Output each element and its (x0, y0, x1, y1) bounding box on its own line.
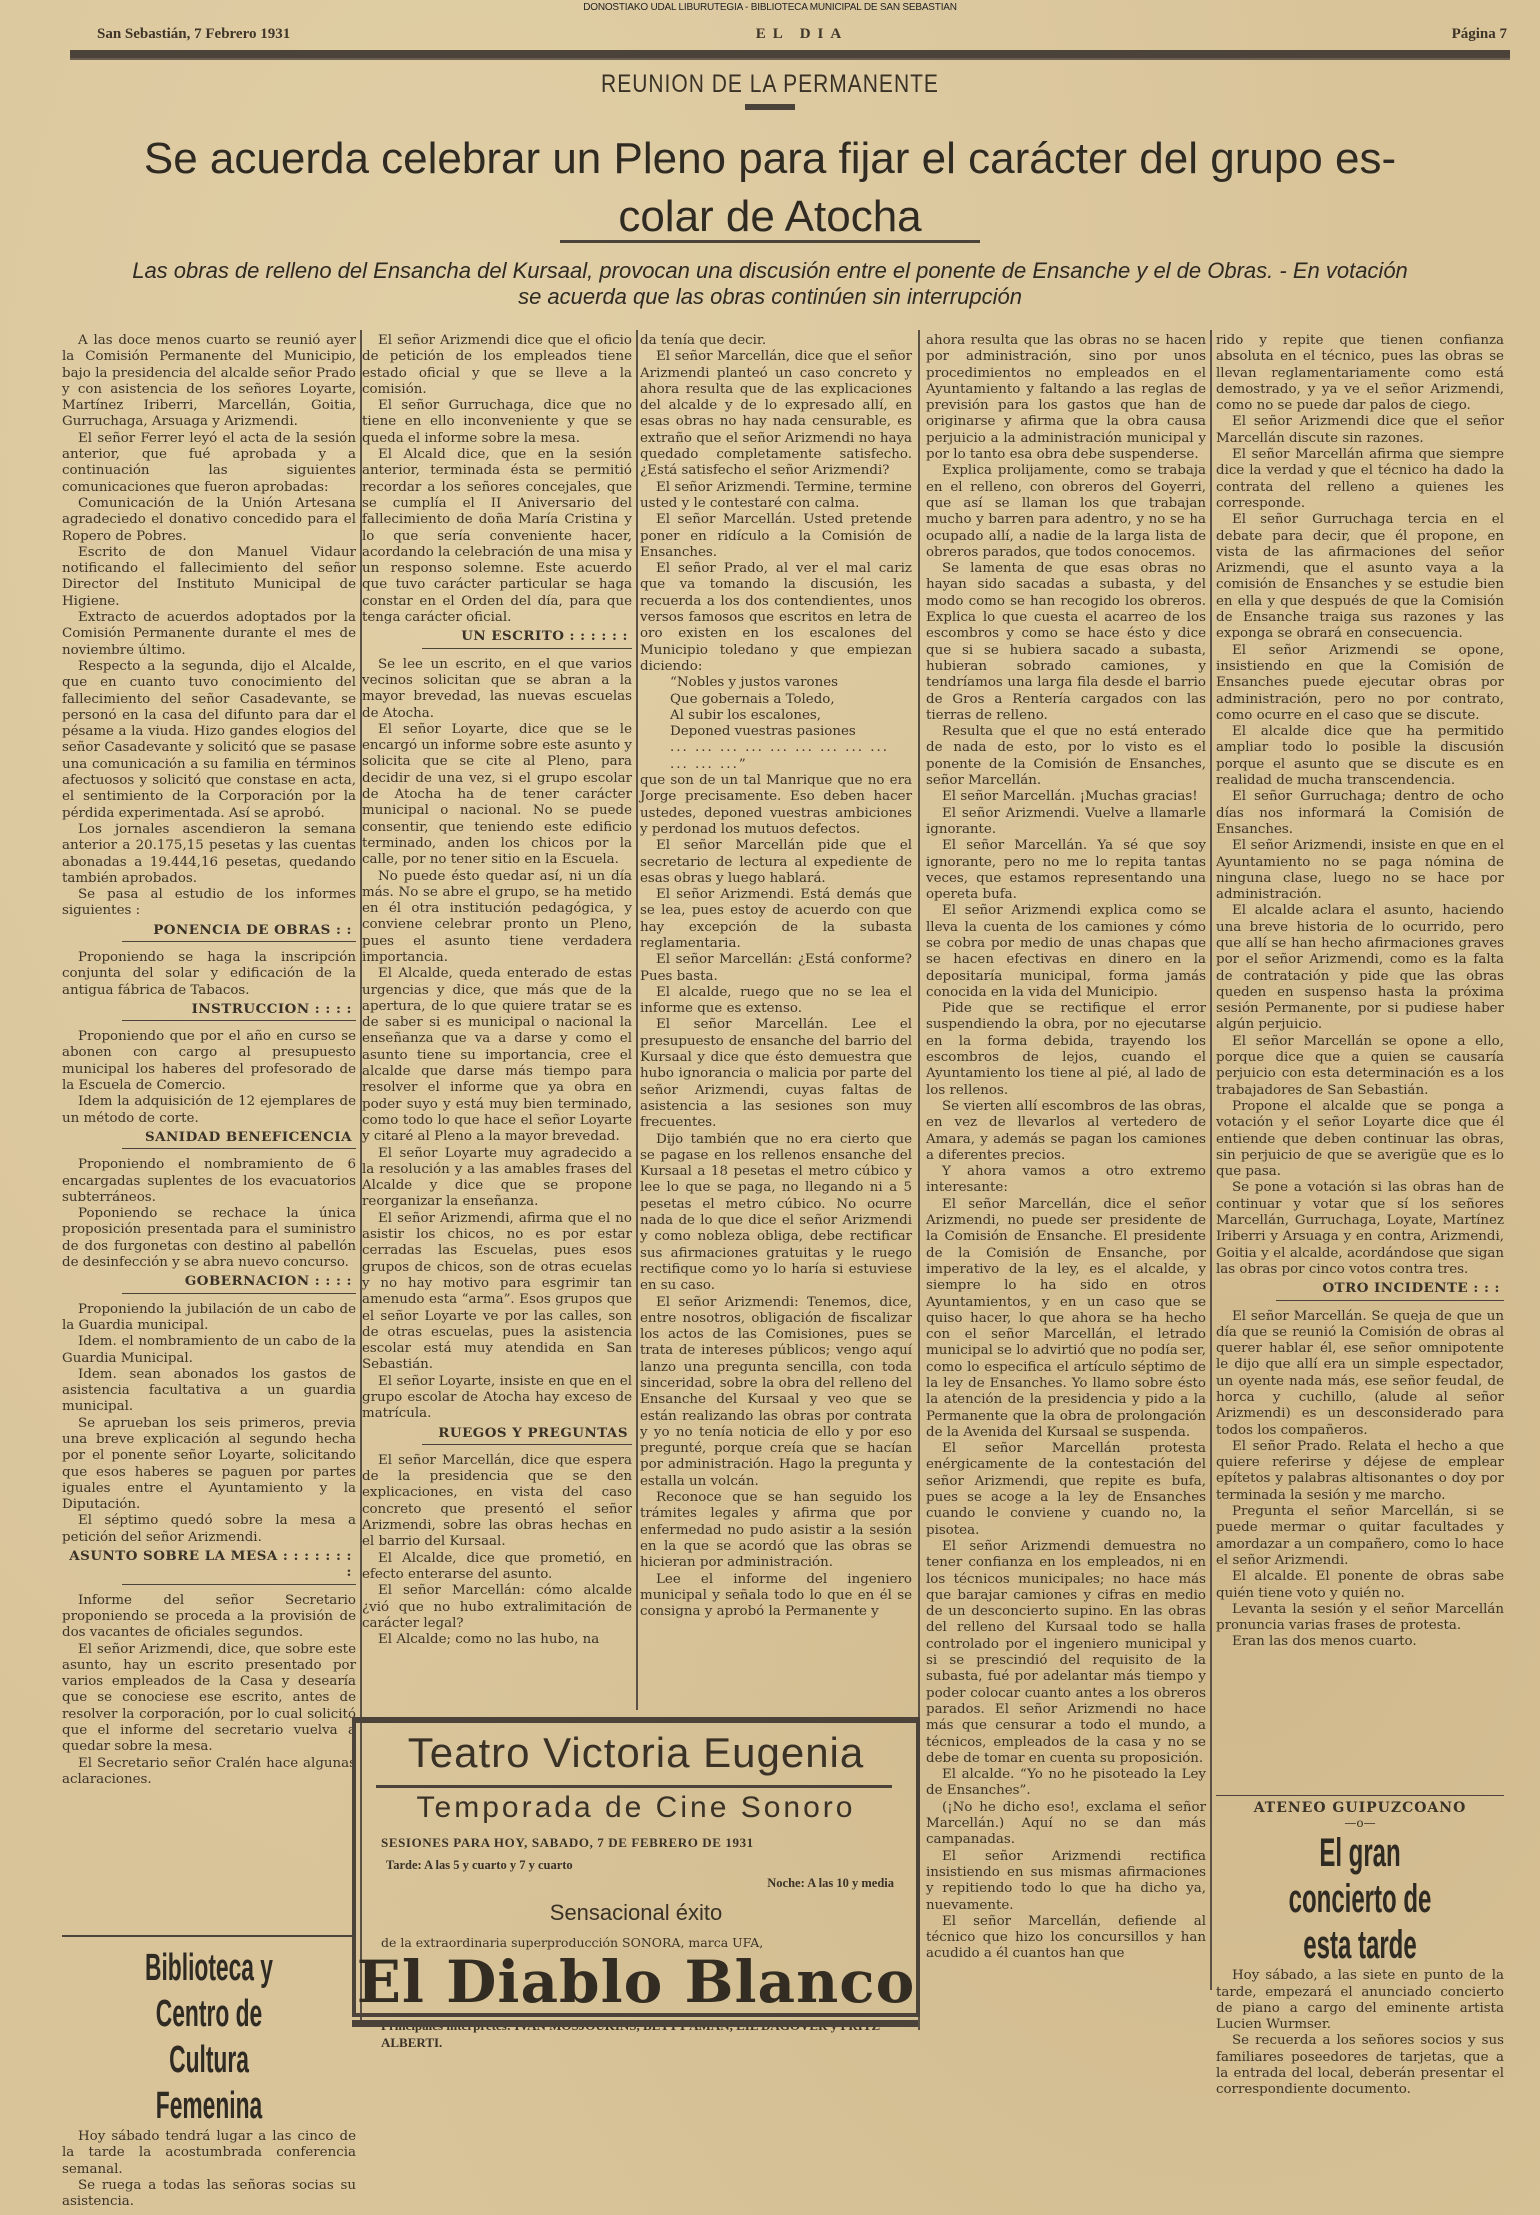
paragraph: da tenía que decir. (640, 333, 912, 349)
paragraph: El Alcalde; como no las hubo, na (362, 1632, 632, 1648)
paragraph: Eran las dos menos cuarto. (1216, 1634, 1504, 1650)
paragraph: Proponiendo el nombramiento de 6 encarga… (62, 1157, 356, 1206)
column-rule (636, 330, 638, 1710)
section-heading: OTRO INCIDENTE : : : (1216, 1280, 1504, 1296)
paragraph: El señor Arizmendi rectifica insistiendo… (926, 1849, 1206, 1914)
section-rule (122, 1148, 356, 1149)
paragraph: El señor Arizmendi dice que el señor Mar… (1216, 414, 1504, 447)
paragraph: El señor Marcellán protesta enérgicament… (926, 1441, 1206, 1539)
article-subhead: Las obras de relleno del Ensancha del Ku… (40, 258, 1500, 310)
paragraph: Pide que se rectifique el error suspendi… (926, 1001, 1206, 1099)
paragraph: El señor Prado, al ver el mal cariz que … (640, 561, 912, 675)
paragraph: El señor Arizmendi. Vuelve a llamarle ig… (926, 806, 1206, 839)
verse-ellipsis: ... ... ... ... ... ... ... ... ... ... … (640, 740, 912, 773)
section-rule (122, 941, 356, 942)
paragraph: Proponiendo se haga la inscripción conju… (62, 950, 356, 999)
paragraph: que son de un tal Manrique que no era Jo… (640, 773, 912, 838)
paragraph: Se lamenta de que esas obras no hayan si… (926, 561, 1206, 724)
paragraph: El Alcald dice, que en la sesión anterio… (362, 447, 632, 626)
article-column-3: da tenía que decir.El señor Marcellán, d… (640, 333, 912, 1620)
paragraph: El señor Marcellán, dice que espera de l… (362, 1453, 632, 1551)
paragraph: El señor Arizmendi. Está demás que se le… (640, 887, 912, 952)
paragraph: Lee el informe del ingeniero municipal y… (640, 1572, 912, 1621)
paragraph: El señor Prado. Relata el hecho a que qu… (1216, 1439, 1504, 1504)
section-rule (422, 1444, 632, 1445)
ateneo-headline: El gran concierto de esta tarde (1274, 1830, 1447, 1968)
biblioteca-body-2: Se ruega a todas las señoras socias su a… (62, 2178, 356, 2211)
ateneo-body-1: Hoy sábado, a las siete en punto de la t… (1216, 1968, 1504, 2033)
theatre-advertisement: Teatro Victoria Eugenia Temporada de Cin… (352, 1717, 920, 2017)
article-kicker: REUNION DE LA PERMANENTE (0, 71, 1540, 100)
paragraph: Se pasa al estudio de los informes sigui… (62, 887, 356, 920)
paragraph: Extracto de acuerdos adoptados por la Co… (62, 610, 356, 659)
paragraph: Idem la adquisición de 12 ejemplares de … (62, 1094, 356, 1127)
section-heading: UN ESCRITO : : : : : : (362, 628, 632, 644)
paragraph: El señor Arizmendi se opone, insistiendo… (1216, 643, 1504, 724)
paragraph: El señor Arizmendi. Termine, termine ust… (640, 480, 912, 513)
ad-bottom-rule (352, 2020, 918, 2027)
paragraph: El señor Ferrer leyó el acta de la sesió… (62, 431, 356, 496)
paragraph: El señor Arizmendi, afirma que el no asi… (362, 1211, 632, 1374)
section-heading: PONENCIA DE OBRAS : : (62, 922, 356, 938)
masthead-title: EL DIA (97, 26, 1507, 43)
paragraph: Idem. sean abonados los gastos de asiste… (62, 1367, 356, 1416)
paragraph: El señor Marcellán afirma que siempre di… (1216, 447, 1504, 512)
paragraph: No puede ésto quedar así, ni un día más.… (362, 869, 632, 967)
paragraph: Se vierten allí escombros de las obras, … (926, 1099, 1206, 1164)
paragraph: A las doce menos cuarto se reunió ayer l… (62, 333, 356, 431)
paragraph: Respecto a la segunda, dijo el Alcalde, … (62, 659, 356, 822)
paragraph: El séptimo quedó sobre la mesa a petició… (62, 1513, 356, 1546)
paragraph: Idem. el nombramiento de un cabo de la G… (62, 1334, 356, 1367)
paragraph: El señor Marcellán. Usted pretende poner… (640, 512, 912, 561)
masthead: San Sebastián, 7 Febrero 1931 EL DIA Pág… (97, 26, 1507, 46)
paragraph: El Alcalde, queda enterado de estas urge… (362, 966, 632, 1145)
paragraph: El señor Arizmendi, dice, que sobre este… (62, 1642, 356, 1756)
ad-afternoon-times: Tarde: A las 5 y cuarto y 7 y cuarto (386, 1858, 573, 1873)
paragraph: Escrito de don Manuel Vidaur notificando… (62, 545, 356, 610)
ad-season: Temporada de Cine Sonoro (376, 1791, 896, 1825)
paragraph: El Alcalde, dice que prometió, en efecto… (362, 1551, 632, 1584)
paragraph: ahora resulta que las obras no se hacen … (926, 333, 1206, 463)
paragraph: El señor Gurruchaga, dice que no tiene e… (362, 398, 632, 447)
section-rule (1276, 1300, 1504, 1301)
ad-sessions: SESIONES PARA HOY, SABADO, 7 DE FEBRERO … (381, 1835, 754, 1851)
paragraph: (¡No he dicho eso!, exclama el señor Mar… (926, 1800, 1206, 1849)
paragraph: El alcalde. El ponente de obras sabe qui… (1216, 1569, 1504, 1602)
paragraph: Reconoce que se han seguido los trámites… (640, 1490, 912, 1571)
paragraph: El señor Marcellán. Se queja de que un d… (1216, 1309, 1504, 1439)
biblioteca-headline: Biblioteca y Centro de Cultura Femenina (121, 1945, 297, 2129)
section-rule (122, 1293, 356, 1294)
verse-line: Que gobernais a Toledo, (640, 692, 912, 708)
biblioteca-body-1: Hoy sábado tendrá lugar a las cinco de l… (62, 2129, 356, 2178)
masthead-rule (70, 50, 1510, 60)
paragraph: Dijo también que no era cierto que se pa… (640, 1132, 912, 1295)
ad-theatre-name: Teatro Victoria Eugenia (376, 1729, 896, 1777)
paragraph: Proponiendo que por el año en curso se a… (62, 1029, 356, 1094)
ad-divider (376, 1785, 892, 1788)
biblioteca-article: Biblioteca y Centro de Cultura Femenina … (62, 1935, 356, 2210)
paragraph: Proponiendo la jubilación de un cabo de … (62, 1302, 356, 1335)
article-column-4: ahora resulta que las obras no se hacen … (926, 333, 1206, 1963)
paragraph: El señor Loyarte, insiste en que en el g… (362, 1374, 632, 1423)
headline-divider (560, 240, 980, 243)
section-heading: INSTRUCCION : : : : (62, 1001, 356, 1017)
ateneo-kicker: ATENEO GUIPUZCOANO (1216, 1800, 1504, 1816)
section-divider (62, 1935, 356, 1937)
paragraph: El Secretario señor Cralén hace algunas … (62, 1756, 356, 1789)
paragraph: El señor Gurruchaga; dentro de ocho días… (1216, 789, 1504, 838)
article-column-2: El señor Arizmendi dice que el oficio de… (362, 333, 632, 1648)
ornament-circle-icon: —o— (1216, 1816, 1504, 1830)
paragraph: Poponiendo se rechace la única proposici… (62, 1206, 356, 1271)
paragraph: Y ahora vamos a otro extremo interesante… (926, 1164, 1206, 1197)
paragraph: Propone el alcalde que se ponga a votaci… (1216, 1099, 1504, 1180)
section-heading: ASUNTO SOBRE LA MESA : : : : : : : : (62, 1548, 356, 1581)
paragraph: El alcalde, ruego que no se lea el infor… (640, 985, 912, 1018)
section-heading: RUEGOS Y PREGUNTAS (362, 1425, 632, 1441)
ornament-divider (745, 104, 795, 110)
paragraph: El señor Arizmendi, insiste en que en el… (1216, 838, 1504, 903)
paragraph: El señor Arizmendi dice que el oficio de… (362, 333, 632, 398)
section-rule (422, 648, 632, 649)
paragraph: Se pone a votación si las obras han de c… (1216, 1180, 1504, 1278)
paragraph: Pregunta el señor Marcellán, si se puede… (1216, 1504, 1504, 1569)
masthead-page: Página 7 (1452, 26, 1507, 43)
section-heading: SANIDAD BENEFICENCIA (62, 1129, 356, 1145)
paragraph: Comunicación de la Unión Artesana agrade… (62, 496, 356, 545)
ateneo-article: ATENEO GUIPUZCOANO —o— El gran concierto… (1216, 1795, 1504, 2099)
article-column-1: A las doce menos cuarto se reunió ayer l… (62, 333, 356, 1788)
paragraph: Se lee un escrito, en el que varios veci… (362, 657, 632, 722)
section-rule (122, 1020, 356, 1021)
paragraph: Los jornales ascendieron la semana anter… (62, 822, 356, 887)
paragraph: Informe del señor Secretario proponiendo… (62, 1593, 356, 1642)
ateneo-body-2: Se recuerda a los señores socios y sus f… (1216, 2033, 1504, 2098)
paragraph: El señor Marcellán se opone a ello, porq… (1216, 1034, 1504, 1099)
archive-banner: DONOSTIAKO UDAL LIBURUTEGIA - BIBLIOTECA… (0, 2, 1540, 13)
paragraph: El señor Arizmendi: Tenemos, dice, entre… (640, 1295, 912, 1491)
column-rule (1210, 330, 1212, 1990)
paragraph: El señor Marcellán pide que el secretari… (640, 838, 912, 887)
paragraph: Explica prolijamente, como se trabaja en… (926, 463, 1206, 561)
paragraph: El señor Marcellán. Lee el presupuesto d… (640, 1017, 912, 1131)
section-divider (1216, 1795, 1504, 1796)
paragraph: rido y repite que tienen confianza absol… (1216, 333, 1504, 414)
verse-line: “Nobles y justos varones (640, 675, 912, 691)
paragraph: El señor Marcellán. ¡Muchas gracias! (926, 789, 1206, 805)
ad-tagline: Sensacional éxito (356, 1900, 916, 1926)
paragraph: El señor Marcellán: ¿Está conforme? Pues… (640, 952, 912, 985)
section-rule (122, 1584, 356, 1585)
paragraph: El alcalde dice que ha permitido ampliar… (1216, 724, 1504, 789)
paragraph: Se aprueban los seis primeros, previa un… (62, 1416, 356, 1514)
ad-film-title: El Diablo Blanco (356, 1951, 916, 2013)
paragraph: El señor Arizmendi demuestra no tener co… (926, 1539, 1206, 1767)
paragraph: El señor Marcellán, dice el señor Arizme… (926, 1197, 1206, 1441)
verse-line: Deponed vuestras pasiones (640, 724, 912, 740)
paragraph: Resulta que el que no está enterado de n… (926, 724, 1206, 789)
ad-night-times: Noche: A las 10 y media (767, 1876, 894, 1891)
paragraph: El señor Marcellán, dice que el señor Ar… (640, 349, 912, 479)
paragraph: El señor Loyarte muy agradecido a la res… (362, 1146, 632, 1211)
paragraph: El señor Loyarte, dice que se le encargó… (362, 722, 632, 869)
paragraph: El señor Marcellán: cómo alcalde ¿vió qu… (362, 1583, 632, 1632)
paragraph: El señor Marcellán, defiende al técnico … (926, 1914, 1206, 1963)
paragraph: El alcalde aclara el asunto, haciendo un… (1216, 903, 1504, 1033)
verse-line: Al subir los escalones, (640, 708, 912, 724)
main-headline: Se acuerda celebrar un Pleno para fijar … (40, 130, 1500, 246)
section-heading: GOBERNACION : : : : (62, 1273, 356, 1289)
paragraph: El señor Marcellán. Ya sé que soy ignora… (926, 838, 1206, 903)
paragraph: El señor Arizmendi explica como se lleva… (926, 903, 1206, 1001)
article-column-5: rido y repite que tienen confianza absol… (1216, 333, 1504, 1651)
paragraph: El alcalde. “Yo no he pisoteado la Ley d… (926, 1767, 1206, 1800)
paragraph: El señor Gurruchaga tercia en el debate … (1216, 512, 1504, 642)
paragraph: Levanta la sesión y el señor Marcellán p… (1216, 1602, 1504, 1635)
